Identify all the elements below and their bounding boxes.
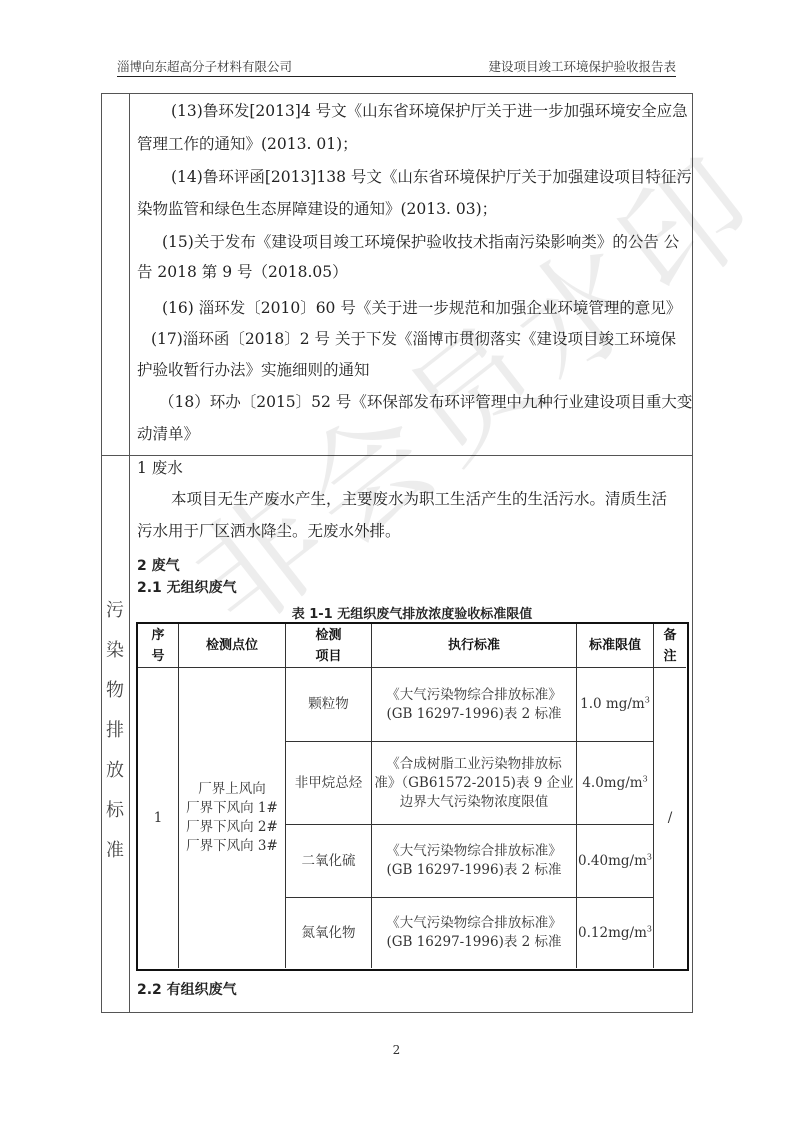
seq-cell: 1 bbox=[138, 668, 179, 968]
regulation-13-line2: 管理工作的通知》(2013. 01)； bbox=[137, 134, 685, 154]
standard-line: (GB 16297-1996)表 2 标准 bbox=[386, 933, 562, 952]
standard-cell: 《合成树脂工业污染物排放标准》（GB61572-2015)表 9 企业边界大气污… bbox=[372, 742, 577, 825]
item-cell: 颗粒物 bbox=[286, 668, 372, 742]
item-cell: 氮氧化物 bbox=[286, 898, 372, 968]
limit-cell: 1.0 mg/m3 bbox=[577, 668, 654, 742]
regulation-15-line1: (15)关于发布《建设项目竣工环境保护验收技术指南污染影响类》的公告 公 bbox=[137, 232, 685, 252]
unit-exponent: 3 bbox=[647, 852, 652, 861]
emission-standard-table: 序号 检测点位 检测项目 执行标准 标准限值 备注 1 厂界上风向 厂界下风向 … bbox=[136, 622, 689, 971]
header-item: 检测项目 bbox=[286, 624, 372, 668]
report-title: 建设项目竣工环境保护验收报告表 bbox=[488, 57, 676, 75]
limit-value: 0.12mg/m bbox=[578, 925, 647, 941]
limit-value: 0.40mg/m bbox=[578, 853, 647, 869]
point-item: 厂界下风向 2# bbox=[186, 818, 278, 837]
standard-line: 《大气污染物综合排放标准》 bbox=[386, 914, 562, 933]
regulation-18-line2: 动清单》 bbox=[137, 424, 685, 444]
standard-cell: 《大气污染物综合排放标准》(GB 16297-1996)表 2 标准 bbox=[372, 668, 577, 742]
standard-line: 《大气污染物综合排放标准》 bbox=[386, 686, 562, 705]
item-cell: 二氧化硫 bbox=[286, 825, 372, 898]
standard-line: 准》（GB61572-2015)表 9 企业 bbox=[374, 774, 573, 793]
limit-cell: 4.0mg/m3 bbox=[577, 742, 654, 825]
header-seq-line2: 号 bbox=[151, 646, 164, 667]
header-note-line1: 备 bbox=[663, 625, 676, 646]
limit-value: 4.0mg/m bbox=[582, 775, 642, 791]
limit-cell: 0.12mg/m3 bbox=[577, 898, 654, 968]
header-standard: 执行标准 bbox=[372, 624, 577, 668]
header-divider bbox=[117, 76, 676, 77]
organized-gas-heading: 2.2 有组织废气 bbox=[137, 980, 685, 1000]
points-cell: 厂界上风向 厂界下风向 1# 厂界下风向 2# 厂界下风向 3# bbox=[179, 668, 286, 968]
item-cell: 非甲烷总烃 bbox=[286, 742, 372, 825]
waste-gas-heading: 2 废气 bbox=[137, 556, 685, 576]
standard-cell: 《大气污染物综合排放标准》(GB 16297-1996)表 2 标准 bbox=[372, 898, 577, 968]
side-label-char: 放 bbox=[101, 756, 129, 782]
regulation-17-line2: 护验收暂行办法》实施细则的通知 bbox=[137, 360, 685, 380]
header-note: 备注 bbox=[654, 624, 686, 668]
regulation-18-line1: （18）环办〔2015〕52 号《环保部发布环评管理中九种行业建设项目重大变 bbox=[137, 392, 685, 412]
unit-exponent: 3 bbox=[647, 924, 652, 933]
regulation-17-line1: (17)淄环函〔2018〕2 号 关于下发《淄博市贯彻落实《建设项目竣工环境保 bbox=[137, 329, 685, 349]
header-seq: 序号 bbox=[138, 624, 179, 668]
side-label-char: 污 bbox=[101, 596, 129, 622]
header-note-line2: 注 bbox=[663, 646, 676, 667]
standard-line: 《大气污染物综合排放标准》 bbox=[386, 842, 562, 861]
wastewater-text-line1: 本项目无生产废水产生，主要废水为职工生活产生的生活污水。清质生活 bbox=[137, 489, 685, 509]
standard-cell: 《大气污染物综合排放标准》(GB 16297-1996)表 2 标准 bbox=[372, 825, 577, 898]
header-item-line1: 检测 bbox=[315, 625, 341, 646]
standard-line: 边界大气污染物浓度限值 bbox=[374, 793, 573, 812]
point-item: 厂界上风向 bbox=[186, 780, 278, 799]
company-name: 淄博向东超高分子材料有限公司 bbox=[117, 57, 292, 75]
limit-value: 1.0 mg/m bbox=[580, 696, 645, 712]
regulation-15-line2: 告 2018 第 9 号（2018.05） bbox=[137, 262, 685, 282]
side-label-char: 准 bbox=[101, 836, 129, 862]
unit-exponent: 3 bbox=[643, 774, 648, 783]
point-item: 厂界下风向 1# bbox=[186, 799, 278, 818]
header-item-line2: 项目 bbox=[315, 646, 341, 667]
standard-line: (GB 16297-1996)表 2 标准 bbox=[386, 705, 562, 724]
point-item: 厂界下风向 3# bbox=[186, 837, 278, 856]
wastewater-text-line2: 污水用于厂区洒水降尘。无废水外排。 bbox=[137, 521, 685, 541]
side-label-char: 排 bbox=[101, 716, 129, 742]
side-label-char: 染 bbox=[101, 636, 129, 662]
regulation-13-line1: (13)鲁环发[2013]4 号文《山东省环境保护厅关于进一步加强环境安全应急 bbox=[137, 101, 685, 121]
side-label-char: 物 bbox=[101, 676, 129, 702]
header-point: 检测点位 bbox=[179, 624, 286, 668]
regulation-14-line1: (14)鲁环评函[2013]138 号文《山东省环境保护厅关于加强建设项目特征污 bbox=[137, 167, 685, 187]
column-divider bbox=[129, 94, 130, 1012]
regulation-14-line2: 染物监管和绿色生态屏障建设的通知》(2013. 03)； bbox=[137, 199, 685, 219]
table-caption: 表 1-1 无组织废气排放浓度验收标准限值 bbox=[136, 603, 688, 622]
fugitive-gas-heading: 2.1 无组织废气 bbox=[137, 578, 685, 598]
unit-exponent: 3 bbox=[645, 696, 650, 705]
header-seq-line1: 序 bbox=[151, 625, 164, 646]
page-number: 2 bbox=[0, 1043, 793, 1057]
limit-cell: 0.40mg/m3 bbox=[577, 825, 654, 898]
header-limit: 标准限值 bbox=[577, 624, 654, 668]
standard-line: (GB 16297-1996)表 2 标准 bbox=[386, 861, 562, 880]
note-cell: / bbox=[654, 668, 686, 968]
regulation-16-line1: (16) 淄环发〔2010〕60 号《关于进一步规范和加强企业环境管理的意见》 bbox=[137, 298, 685, 318]
wastewater-heading: 1 废水 bbox=[137, 458, 685, 478]
row-divider bbox=[102, 455, 692, 456]
side-label-char: 标 bbox=[101, 796, 129, 822]
standard-line: 《合成树脂工业污染物排放标 bbox=[374, 755, 573, 774]
